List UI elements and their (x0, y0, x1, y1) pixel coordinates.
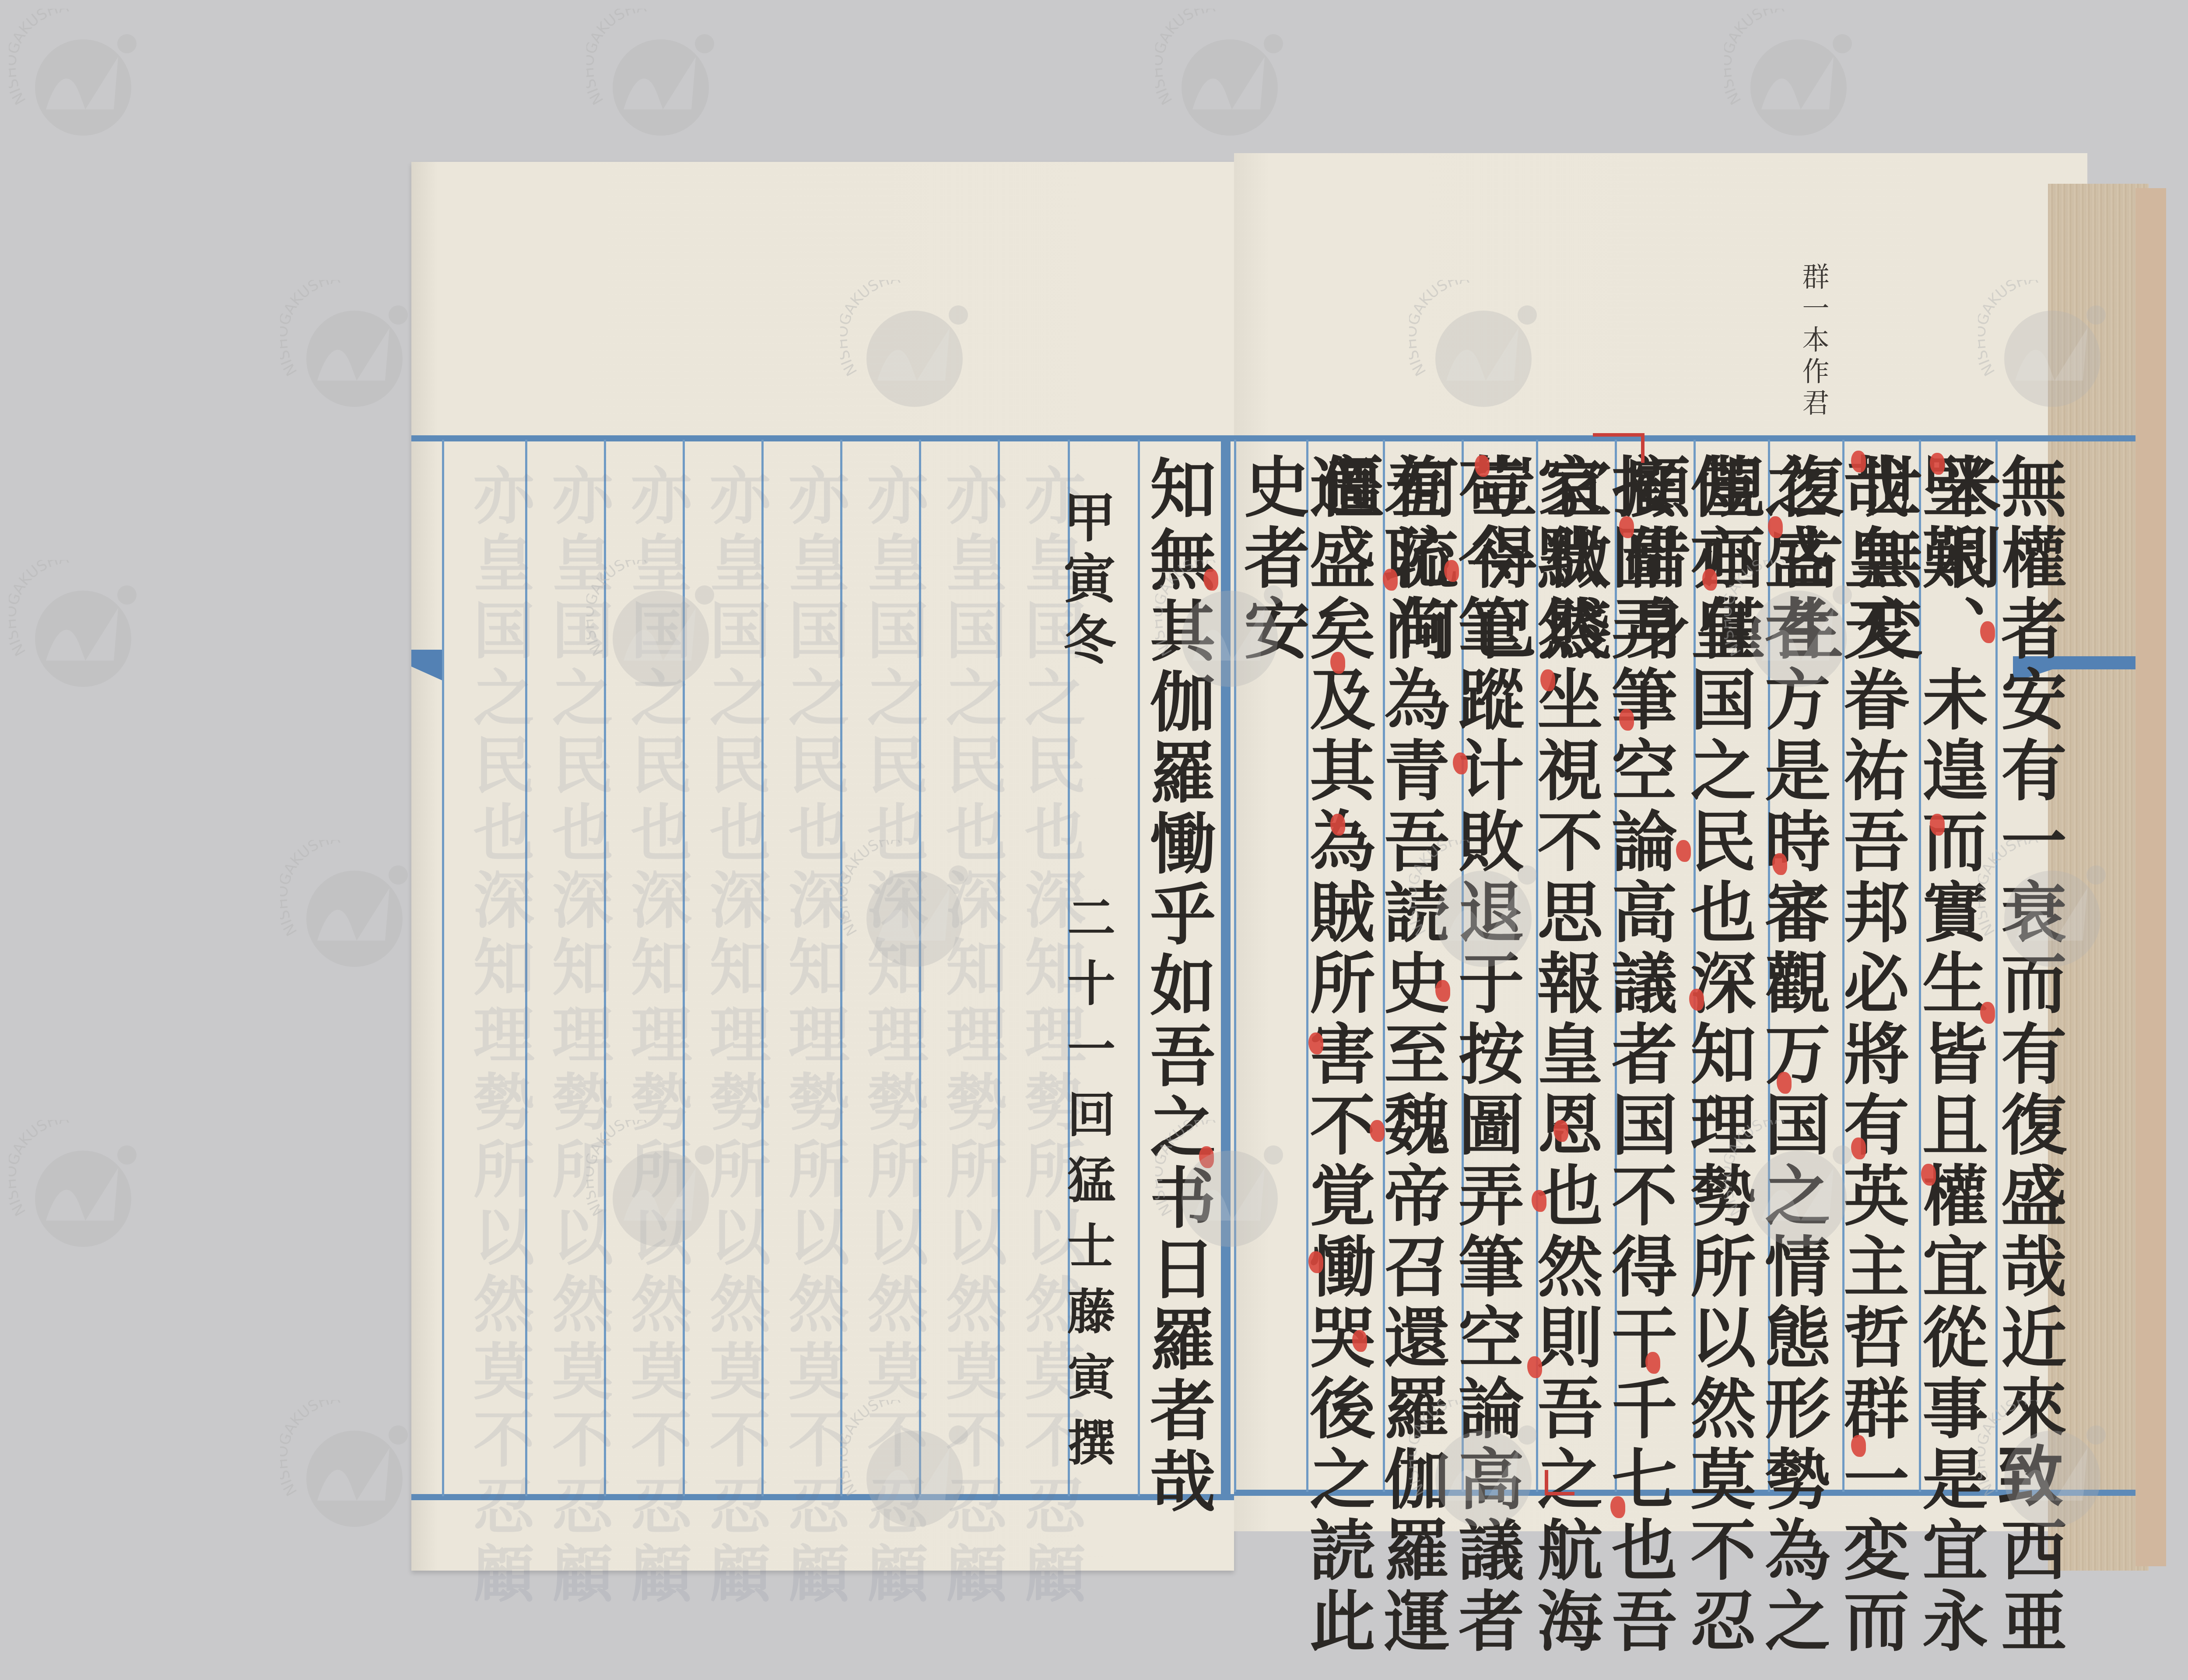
nishogakusha-n-logo-icon: NISHOGAKUSHA (1724, 9, 1855, 140)
right-frame-top (1234, 435, 2135, 441)
red-punctuation-mark (1980, 621, 1995, 643)
red-punctuation-mark (1553, 1120, 1568, 1142)
nishogakusha-watermark: NISHOGAKUSHA (1409, 1400, 1540, 1531)
nishogakusha-n-logo-icon: NISHOGAKUSHA (586, 1120, 718, 1251)
red-punctuation-mark (1645, 1352, 1660, 1374)
nishogakusha-n-logo-icon: NISHOGAKUSHA (9, 560, 140, 691)
red-punctuation-mark (1851, 1435, 1866, 1457)
red-punctuation-mark (1930, 814, 1945, 836)
nishogakusha-watermark: NISHOGAKUSHA (1978, 280, 2109, 411)
left-frame-top (411, 435, 1234, 441)
red-punctuation-mark (1475, 455, 1490, 477)
red-punctuation-mark (1330, 814, 1345, 836)
nishogakusha-watermark: NISHOGAKUSHA (840, 280, 971, 411)
nishogakusha-n-logo-icon: NISHOGAKUSHA (1978, 280, 2109, 411)
nishogakusha-n-logo-icon: NISHOGAKUSHA (1978, 1400, 2109, 1531)
nishogakusha-watermark: NISHOGAKUSHA (280, 1400, 411, 1531)
margin-note: 群一本作君 (1794, 262, 1833, 420)
red-punctuation-mark (1308, 1251, 1323, 1273)
nishogakusha-watermark: NISHOGAKUSHA (9, 9, 140, 140)
red-punctuation-mark (1768, 516, 1783, 538)
nishogakusha-watermark: NISHOGAKUSHA (1155, 560, 1287, 691)
nishogakusha-n-logo-icon: NISHOGAKUSHA (1155, 1120, 1287, 1251)
red-punctuation-mark (1308, 1032, 1323, 1054)
red-punctuation-mark (1777, 1072, 1792, 1094)
nishogakusha-n-logo-icon: NISHOGAKUSHA (1409, 280, 1540, 411)
red-punctuation-mark (1453, 752, 1468, 774)
nishogakusha-n-logo-icon: NISHOGAKUSHA (586, 560, 718, 691)
nishogakusha-watermark: NISHOGAKUSHA (280, 840, 411, 971)
nishogakusha-watermark: NISHOGAKUSHA (840, 840, 971, 971)
date-column: 甲寅冬 (1059, 490, 1112, 674)
nishogakusha-n-logo-icon: NISHOGAKUSHA (9, 9, 140, 140)
nishogakusha-n-logo-icon: NISHOGAKUSHA (586, 9, 718, 140)
nishogakusha-watermark: NISHOGAKUSHA (586, 1120, 718, 1251)
red-punctuation-mark (1930, 453, 1945, 475)
nishogakusha-watermark: NISHOGAKUSHA (840, 1400, 971, 1531)
nishogakusha-watermark: NISHOGAKUSHA (1724, 1120, 1855, 1251)
nishogakusha-watermark: NISHOGAKUSHA (280, 280, 411, 411)
red-punctuation-mark (1980, 1002, 1995, 1024)
nishogakusha-watermark: NISHOGAKUSHA (586, 560, 718, 691)
nishogakusha-n-logo-icon: NISHOGAKUSHA (1155, 9, 1287, 140)
nishogakusha-n-logo-icon: NISHOGAKUSHA (9, 1120, 140, 1251)
red-punctuation-mark (1532, 1190, 1546, 1212)
nishogakusha-n-logo-icon: NISHOGAKUSHA (280, 280, 411, 411)
nishogakusha-watermark: NISHOGAKUSHA (586, 9, 718, 140)
nishogakusha-n-logo-icon: NISHOGAKUSHA (1978, 840, 2109, 971)
nishogakusha-watermark: NISHOGAKUSHA (1409, 840, 1540, 971)
nishogakusha-n-logo-icon: NISHOGAKUSHA (1409, 840, 1540, 971)
nishogakusha-watermark: NISHOGAKUSHA (1155, 1120, 1287, 1251)
red-punctuation-mark (1689, 989, 1704, 1011)
red-punctuation-mark (1383, 569, 1398, 591)
red-punctuation-mark (1527, 1356, 1542, 1378)
nishogakusha-watermark: NISHOGAKUSHA (1724, 560, 1855, 691)
nishogakusha-watermark: NISHOGAKUSHA (1409, 280, 1540, 411)
red-punctuation-mark (1702, 569, 1717, 591)
nishogakusha-watermark: NISHOGAKUSHA (1724, 9, 1855, 140)
red-punctuation-mark (1330, 652, 1345, 674)
red-punctuation-mark (1370, 1120, 1385, 1142)
red-punctuation-mark (1540, 669, 1555, 691)
red-punctuation-mark (1772, 853, 1787, 875)
nishogakusha-n-logo-icon: NISHOGAKUSHA (280, 840, 411, 971)
red-punctuation-mark (1851, 451, 1866, 472)
red-punctuation-mark (1610, 1496, 1625, 1518)
nishogakusha-watermark: NISHOGAKUSHA (9, 1120, 140, 1251)
red-punctuation-mark (1676, 840, 1691, 862)
author-signature: 二十一回猛士藤寅撰 (1063, 892, 1112, 1483)
book-cover-edge (2135, 188, 2166, 1566)
nishogakusha-watermark: NISHOGAKUSHA (1978, 840, 2109, 971)
red-bracket-bottom (1545, 1470, 1574, 1495)
nishogakusha-watermark: NISHOGAKUSHA (9, 560, 140, 691)
nishogakusha-n-logo-icon: NISHOGAKUSHA (840, 840, 971, 971)
nishogakusha-watermark: NISHOGAKUSHA (1155, 9, 1287, 140)
nishogakusha-n-logo-icon: NISHOGAKUSHA (840, 280, 971, 411)
nishogakusha-n-logo-icon: NISHOGAKUSHA (1724, 1120, 1855, 1251)
red-bracket-top (1593, 433, 1645, 463)
nishogakusha-n-logo-icon: NISHOGAKUSHA (1155, 560, 1287, 691)
bleed-through-column: 亦皇国之民也深知理勢所以然莫不忍顧 (455, 464, 543, 1609)
nishogakusha-watermark: NISHOGAKUSHA (1978, 1400, 2109, 1531)
nishogakusha-n-logo-icon: NISHOGAKUSHA (1409, 1400, 1540, 1531)
red-punctuation-mark (1619, 709, 1634, 731)
nishogakusha-n-logo-icon: NISHOGAKUSHA (1724, 560, 1855, 691)
red-punctuation-mark (1921, 1164, 1936, 1186)
nishogakusha-n-logo-icon: NISHOGAKUSHA (840, 1400, 971, 1531)
column-rule (442, 440, 444, 1496)
red-punctuation-mark (1352, 1330, 1367, 1352)
red-punctuation-mark (1435, 980, 1450, 1002)
nishogakusha-n-logo-icon: NISHOGAKUSHA (280, 1400, 411, 1531)
red-punctuation-mark (1619, 516, 1634, 538)
red-punctuation-mark (1444, 560, 1459, 582)
